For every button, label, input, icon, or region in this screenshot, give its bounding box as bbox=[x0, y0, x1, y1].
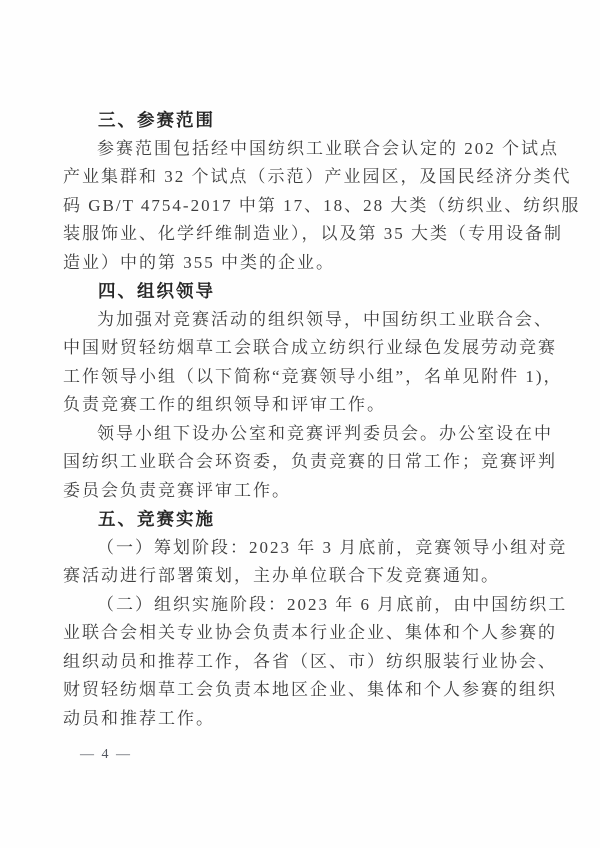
section-heading-organization: 四、组织领导 bbox=[63, 277, 568, 306]
implementation-paragraph-2: （二）组织实施阶段：2023 年 6 月底前，由中国纺织工 业联合会相关专业协会… bbox=[63, 591, 568, 734]
section-heading-scope: 三、参赛范围 bbox=[63, 106, 568, 135]
organization-paragraph-2: 领导小组下设办公室和竞赛评判委员会。办公室设在中 国纺织工业联合会环资委，负责竞… bbox=[63, 420, 568, 506]
document-page: 三、参赛范围 参赛范围包括经中国纺织工业联合会认定的 202 个试点 产业集群和… bbox=[0, 0, 600, 848]
section-heading-implementation: 五、竞赛实施 bbox=[63, 505, 568, 534]
document-content: 三、参赛范围 参赛范围包括经中国纺织工业联合会认定的 202 个试点 产业集群和… bbox=[63, 106, 568, 733]
implementation-paragraph-1: （一）筹划阶段：2023 年 3 月底前，竞赛领导小组对竞 赛活动进行部署策划，… bbox=[63, 534, 568, 591]
page-number: — 4 — bbox=[80, 745, 132, 765]
organization-paragraph-1: 为加强对竞赛活动的组织领导，中国纺织工业联合会、 中国财贸轻纺烟草工会联合成立纺… bbox=[63, 306, 568, 420]
scope-paragraph: 参赛范围包括经中国纺织工业联合会认定的 202 个试点 产业集群和 32 个试点… bbox=[63, 135, 568, 278]
